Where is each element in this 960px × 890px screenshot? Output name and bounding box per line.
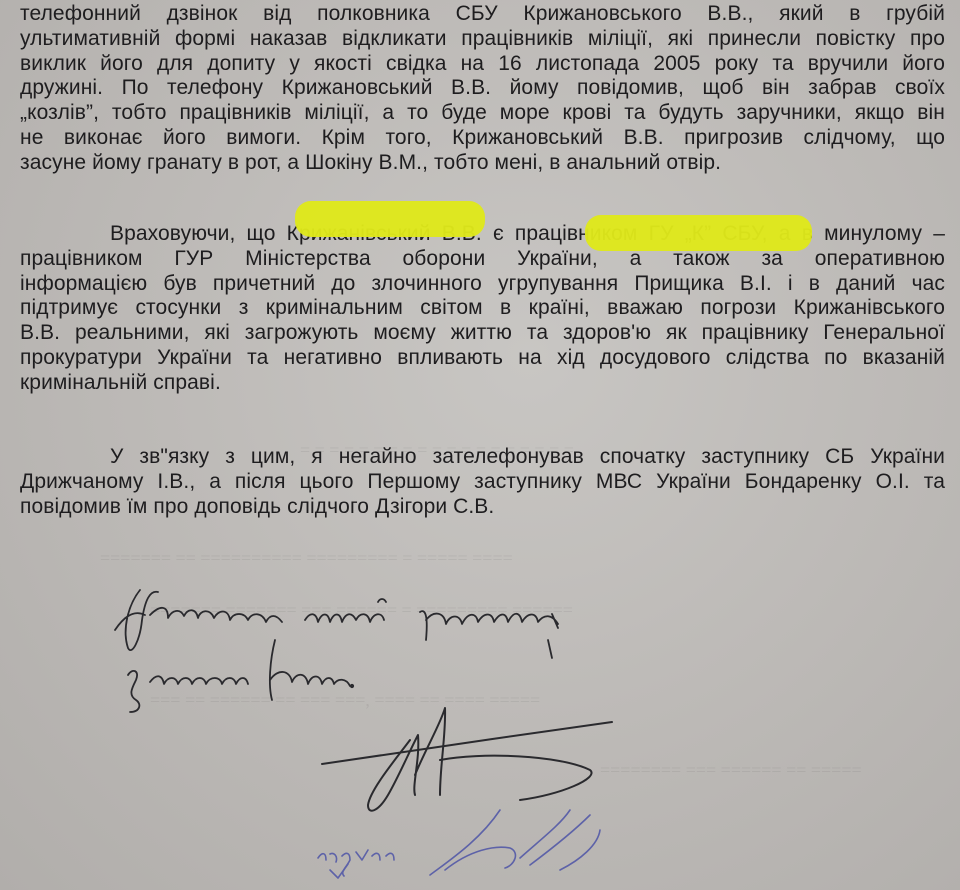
main-signature	[322, 708, 612, 811]
handwritten-note	[115, 590, 558, 712]
document-page: = = = = = = = = = = = = = = = = = = = ==…	[0, 0, 960, 890]
investigator-signature	[318, 810, 600, 878]
handwriting-layer	[0, 0, 960, 890]
